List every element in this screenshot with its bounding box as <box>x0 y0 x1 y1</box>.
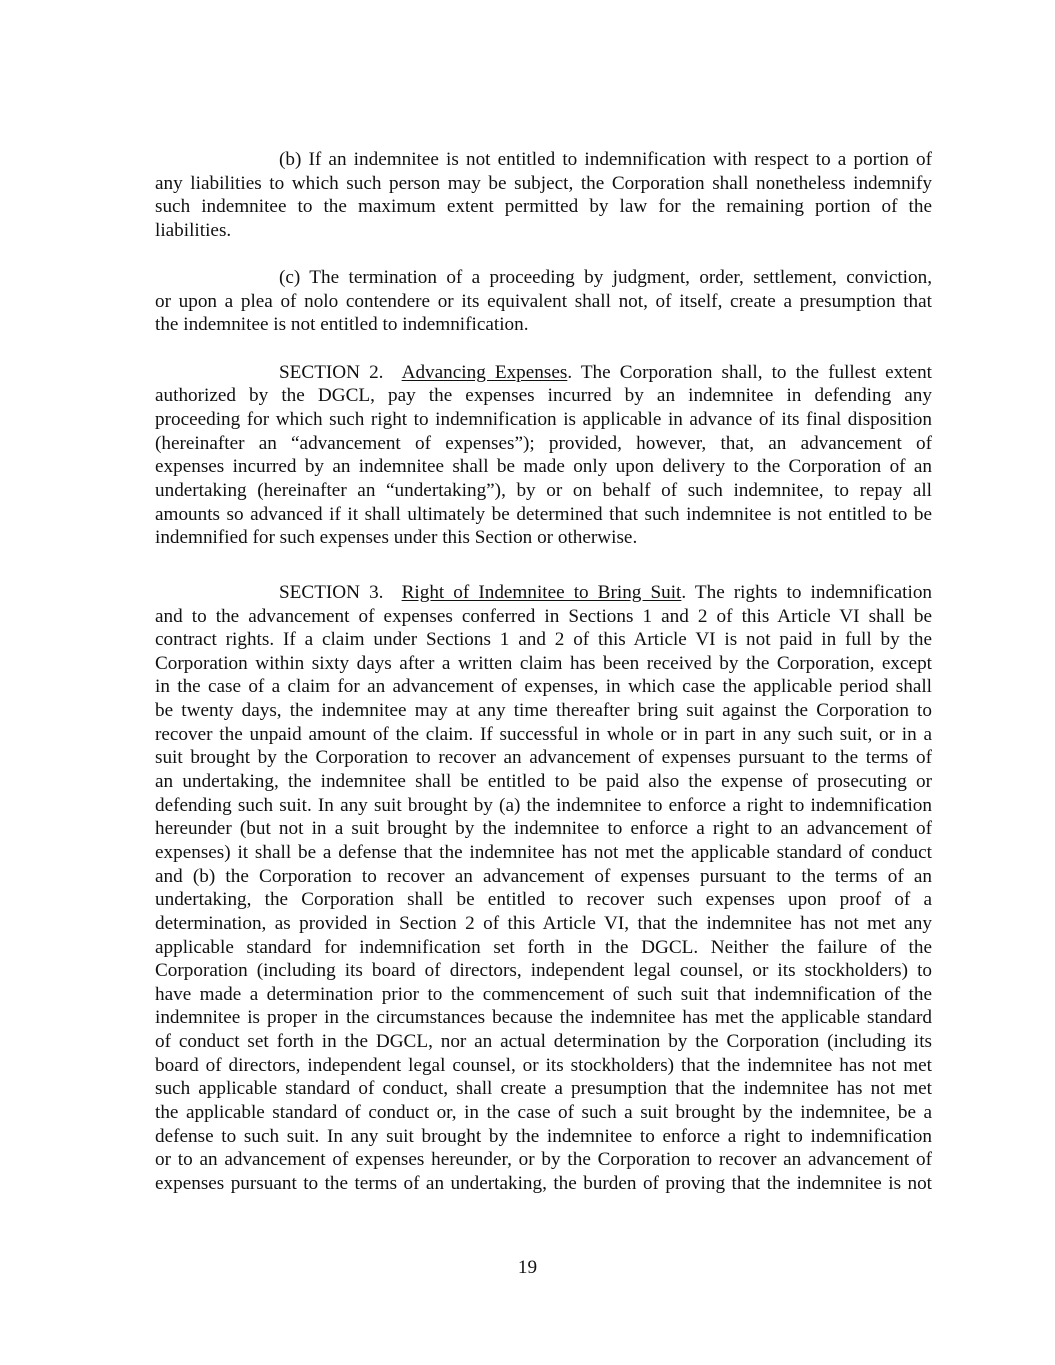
text-line: recover the unpaid amount of the claim. … <box>155 723 932 747</box>
text-line: determination, as provided in Section 2 … <box>155 912 932 936</box>
text-fragment: . The Corporation shall, to the fullest … <box>567 362 932 383</box>
section-title: Right of Indemnitee to Bring Suit <box>402 582 682 603</box>
section-label: SECTION 3. <box>279 582 383 603</box>
text-line: or upon a plea of nolo contendere or its… <box>155 290 932 314</box>
section-label: SECTION 2. <box>279 362 383 383</box>
paragraph-b: (b) If an indemnitee is not entitled to … <box>155 148 932 243</box>
section-2-advancing-expenses: SECTION 2. Advancing Expenses. The Corpo… <box>155 361 932 550</box>
text-line: liabilities. <box>155 219 932 243</box>
text-line: expenses pursuant to the terms of an und… <box>155 1172 932 1196</box>
text-line: expenses) it shall be a defense that the… <box>155 841 932 865</box>
text-line: any liabilities to which such person may… <box>155 172 932 196</box>
text-line: suit brought by the Corporation to recov… <box>155 746 932 770</box>
paragraph-c: (c) The termination of a proceeding by j… <box>155 266 932 337</box>
text-fragment: . The rights to indemnification <box>681 582 932 603</box>
document-page: (b) If an indemnitee is not entitled to … <box>155 148 932 1219</box>
section-3-right-to-bring-suit: SECTION 3. Right of Indemnitee to Bring … <box>155 581 932 1196</box>
text-line: undertaking, the Corporation shall be en… <box>155 888 932 912</box>
section-heading-line: SECTION 3. Right of Indemnitee to Bring … <box>155 581 932 605</box>
text-line: have made a determination prior to the c… <box>155 983 932 1007</box>
page-number: 19 <box>0 1257 1055 1279</box>
text-line: indemnified for such expenses under this… <box>155 526 932 550</box>
text-line: expenses incurred by an indemnitee shall… <box>155 455 932 479</box>
text-line: (c) The termination of a proceeding by j… <box>155 266 932 290</box>
text-line: Corporation within sixty days after a wr… <box>155 652 932 676</box>
text-line: the indemnitee is not entitled to indemn… <box>155 313 932 337</box>
text-line: be twenty days, the indemnitee may at an… <box>155 699 932 723</box>
text-line: proceeding for which such right to indem… <box>155 408 932 432</box>
text-line: such applicable standard of conduct, sha… <box>155 1077 932 1101</box>
text-line: and to the advancement of expenses confe… <box>155 605 932 629</box>
text-line: authorized by the DGCL, pay the expenses… <box>155 384 932 408</box>
text-line: such indemnitee to the maximum extent pe… <box>155 195 932 219</box>
text-line: in the case of a claim for an advancemen… <box>155 675 932 699</box>
text-line: or to an advancement of expenses hereund… <box>155 1148 932 1172</box>
text-line: the applicable standard of conduct or, i… <box>155 1101 932 1125</box>
section-heading-line: SECTION 2. Advancing Expenses. The Corpo… <box>155 361 932 385</box>
text-line: defense to such suit. In any suit brough… <box>155 1125 932 1149</box>
text-line: an undertaking, the indemnitee shall be … <box>155 770 932 794</box>
text-line: board of directors, independent legal co… <box>155 1054 932 1078</box>
text-line: Corporation (including its board of dire… <box>155 959 932 983</box>
text-line: and (b) the Corporation to recover an ad… <box>155 865 932 889</box>
text-line: (hereinafter an “advancement of expenses… <box>155 432 932 456</box>
text-line: defending such suit. In any suit brought… <box>155 794 932 818</box>
section-title: Advancing Expenses <box>402 362 568 383</box>
text-line: undertaking (hereinafter an “undertaking… <box>155 479 932 503</box>
text-line: of conduct set forth in the DGCL, nor an… <box>155 1030 932 1054</box>
text-line: contract rights. If a claim under Sectio… <box>155 628 932 652</box>
text-line: amounts so advanced if it shall ultimate… <box>155 503 932 527</box>
text-line: indemnitee is proper in the circumstance… <box>155 1006 932 1030</box>
text-line: hereunder (but not in a suit brought by … <box>155 817 932 841</box>
text-line: (b) If an indemnitee is not entitled to … <box>155 148 932 172</box>
text-line: applicable standard for indemnification … <box>155 936 932 960</box>
